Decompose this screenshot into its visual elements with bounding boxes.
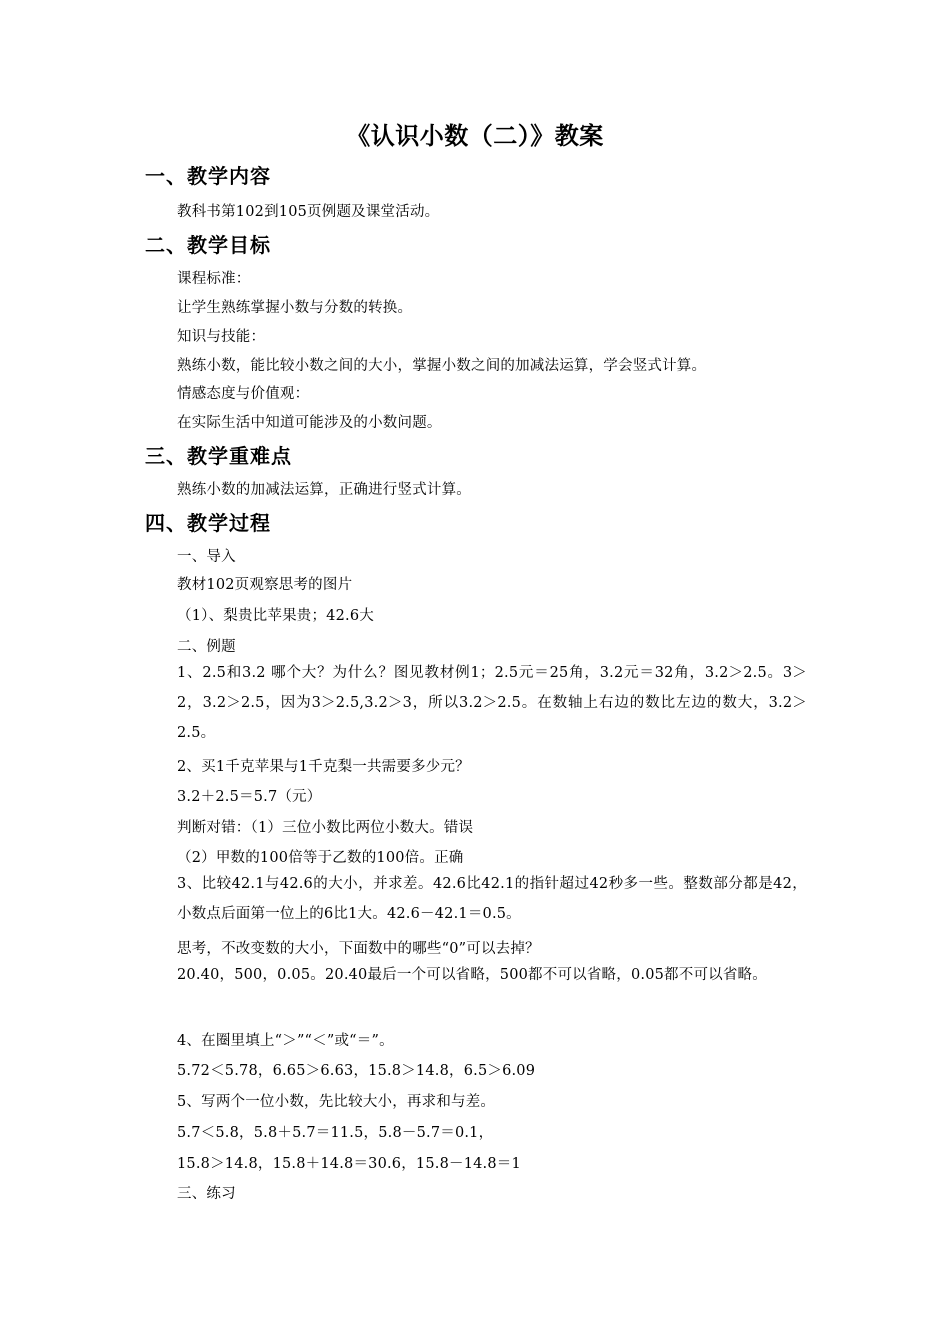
paragraph: 情感态度与价值观： (177, 382, 309, 403)
paragraph: 知识与技能： (177, 325, 265, 346)
paragraph: 在实际生活中知道可能涉及的小数问题。 (177, 411, 442, 432)
paragraph: 判断对错：（1）三位小数比两位小数大。错误 (177, 816, 473, 837)
paragraph: 20.40，500，0.05。20.40最后一个可以省略，500都不可以省略，0… (177, 960, 807, 990)
document-title: 《认识小数（二）》教案 (0, 116, 950, 151)
paragraph: 课程标准： (177, 267, 251, 288)
paragraph: 三、练习 (177, 1182, 236, 1203)
paragraph: （2）甲数的100倍等于乙数的100倍。正确 (177, 846, 463, 867)
paragraph: 3.2＋2.5＝5.7（元） (177, 785, 321, 806)
paragraph: 4、在圈里填上“＞”“＜”或“＝”。 (177, 1029, 394, 1050)
paragraph: 1、2.5和3.2 哪个大？为什么？图见教材例1；2.5元＝25角，3.2元＝3… (177, 658, 807, 748)
paragraph: 熟练小数，能比较小数之间的大小，掌握小数之间的加减法运算，学会竖式计算。 (177, 354, 706, 375)
section-heading-content: 一、教学内容 (145, 160, 271, 189)
paragraph: （1）、梨贵比苹果贵；42.6大 (177, 604, 374, 625)
paragraph: 教材102页观察思考的图片 (177, 573, 352, 594)
paragraph: 15.8＞14.8，15.8＋14.8＝30.6，15.8－14.8＝1 (177, 1152, 521, 1173)
paragraph: 教科书第102到105页例题及课堂活动。 (177, 200, 439, 221)
paragraph: 让学生熟练掌握小数与分数的转换。 (177, 296, 412, 317)
paragraph: 思考，不改变数的大小，下面数中的哪些“0”可以去掉？ (177, 937, 540, 958)
document-page: 《认识小数（二）》教案 一、教学内容 教科书第102到105页例题及课堂活动。 … (0, 0, 950, 1344)
paragraph: 5.72＜5.78，6.65＞6.63，15.8＞14.8，6.5＞6.09 (177, 1059, 535, 1080)
paragraph: 3、比较42.1与42.6的大小，并求差。42.6比42.1的指针超过42秒多一… (177, 869, 807, 929)
paragraph: 2、买1千克苹果与1千克梨一共需要多少元？ (177, 755, 470, 776)
paragraph: 二、例题 (177, 635, 236, 656)
paragraph: 熟练小数的加减法运算，正确进行竖式计算。 (177, 478, 471, 499)
section-heading-key-points: 三、教学重难点 (145, 440, 292, 469)
section-heading-process: 四、教学过程 (145, 507, 271, 536)
paragraph: 一、导入 (177, 545, 236, 566)
paragraph: 5.7＜5.8，5.8＋5.7＝11.5，5.8－5.7＝0.1， (177, 1121, 493, 1142)
paragraph: 5、写两个一位小数，先比较大小，再求和与差。 (177, 1090, 495, 1111)
section-heading-objectives: 二、教学目标 (145, 229, 271, 258)
